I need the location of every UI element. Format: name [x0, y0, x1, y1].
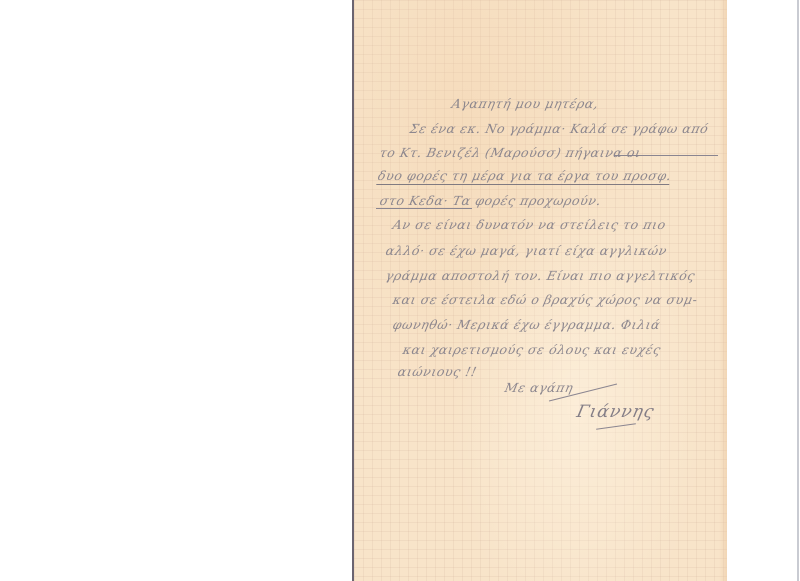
- underline-mark: [376, 208, 472, 209]
- body-line: αιώνιους !!: [396, 364, 478, 379]
- closing: Με αγάπη: [503, 380, 575, 395]
- salutation: Αγαπητή μου μητέρα,: [450, 96, 600, 111]
- body-line: στο Κεδα· Τα φορές προχωρούν.: [378, 193, 602, 208]
- body-line: και χαιρετισμούς σε όλους και ευχές: [401, 342, 662, 357]
- body-line: γράμμα αποστολή τον. Είναι πιο αγγελτικό…: [384, 268, 696, 283]
- letter-paper: [352, 0, 727, 581]
- body-line-underlined: δυο φορές τη μέρα για τα έργα του προσφ.: [376, 168, 673, 185]
- paper-edge-shade: [719, 0, 727, 581]
- scan-border: [797, 0, 799, 581]
- body-line: φωνηθώ· Μερικά έχω έγγραμμα. Φιλιά: [391, 317, 662, 332]
- body-line: και σε έστειλα εδώ ο βραχύς χώρος να συμ…: [391, 292, 699, 307]
- signature: Γιάννης: [575, 402, 657, 422]
- body-line: αλλό· σε έχω μαγά, γιατί είχα αγγλικών: [384, 243, 668, 258]
- body-line: Σε ένα εκ. Νο γράμμα· Καλά σε γράφω από: [408, 121, 710, 136]
- body-line-part: το Κτ. Βενιζέλ (Μαρούσσ) πήγαινα οι: [378, 145, 642, 160]
- body-line: το Κτ. Βενιζέλ (Μαρούσσ) πήγαινα οι: [378, 145, 642, 160]
- body-line: Αν σε είναι δυνατόν να στείλεις το πιο: [391, 217, 667, 232]
- underline-mark: [614, 155, 718, 156]
